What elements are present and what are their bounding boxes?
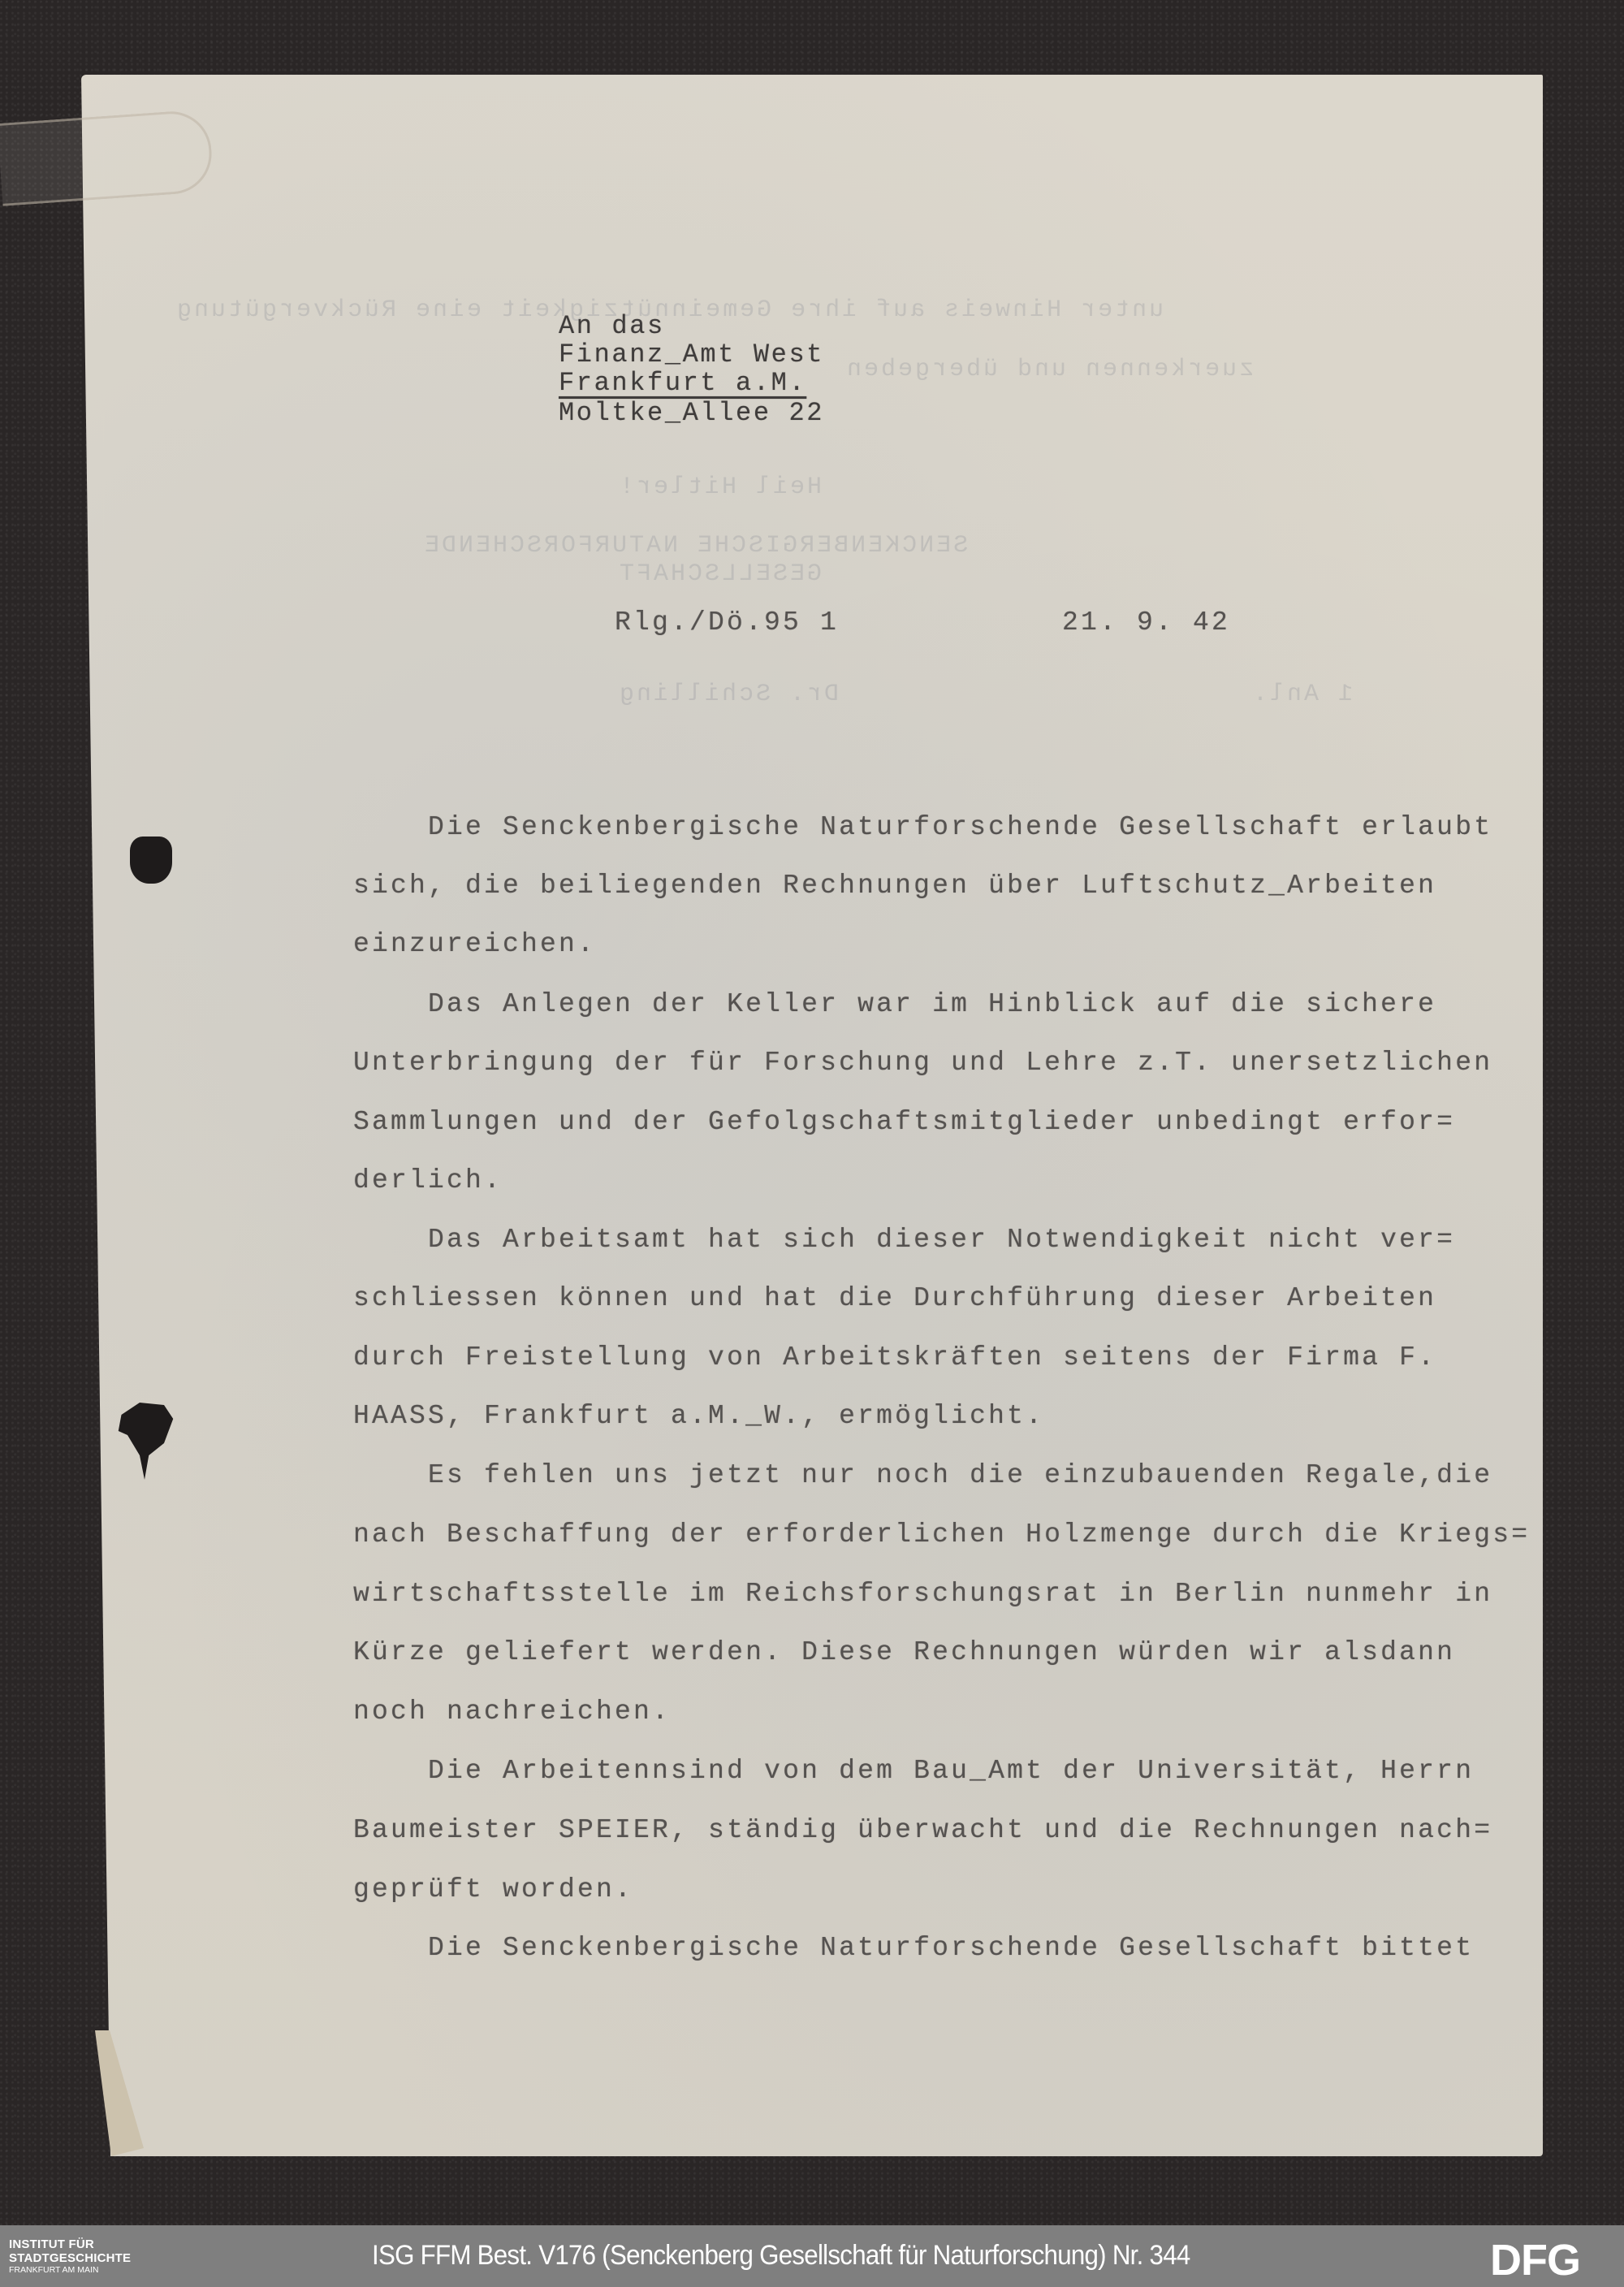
body-line: derlich. (353, 1167, 503, 1194)
show-through-text: unter Hinweis auf ihre Gemeinnützigkeit … (175, 296, 1164, 324)
dfg-logo-icon: DFG (1490, 2238, 1580, 2282)
letter-date: 21. 9. 42 (1062, 609, 1230, 636)
body-line: durch Freistellung von Arbeitskräften se… (353, 1344, 1436, 1371)
body-line: Baumeister SPEIER, ständig überwacht und… (353, 1817, 1492, 1844)
show-through-text: 1 Anl. (1250, 681, 1353, 708)
show-through-text: Dr. Schilling (617, 681, 839, 708)
address-city: Frankfurt a.M. (559, 370, 806, 396)
address-line: Finanz_Amt West (559, 342, 824, 368)
body-line: noch nachreichen. (353, 1698, 671, 1725)
institution-city: FRANKFURT AM MAIN (9, 2266, 131, 2275)
reference-number: Rlg./Dö.95 1 (615, 609, 839, 636)
body-line: nach Beschaffung der erforderlichen Holz… (353, 1521, 1530, 1548)
paper-clip-icon (0, 109, 214, 206)
body-line: Die Senckenbergische Naturforschende Ges… (353, 814, 1492, 841)
show-through-text: Heil Hitler! (617, 473, 822, 501)
address-line: An das (559, 313, 665, 339)
body-line: Kürze geliefert werden. Diese Rechnungen… (353, 1639, 1455, 1666)
show-through-text: zuerkennen und übergeben (844, 356, 1254, 383)
body-line: einzureichen. (353, 931, 596, 958)
archive-caption: ISG FFM Best. V176 (Senckenberg Gesellsc… (372, 2240, 1190, 2272)
body-line: Es fehlen uns jetzt nur noch die einzuba… (353, 1462, 1492, 1489)
show-through-text: SENCKENBERGISCHE NATURFORSCHENDE (422, 532, 968, 560)
body-line: schliessen können und hat die Durchführu… (353, 1285, 1436, 1312)
body-line: Die Senckenbergische Naturforschende Ges… (353, 1935, 1474, 1961)
institution-logo: INSTITUT FÜR STADTGESCHICHTE FRANKFURT A… (9, 2238, 131, 2275)
institution-name: STADTGESCHICHTE (9, 2252, 131, 2264)
body-line: Unterbringung der für Forschung und Lehr… (353, 1049, 1492, 1076)
body-line: Das Anlegen der Keller war im Hinblick a… (353, 991, 1436, 1018)
body-line: Sammlungen und der Gefolgschaftsmitglied… (353, 1109, 1455, 1135)
body-line: wirtschaftsstelle im Reichsforschungsrat… (353, 1580, 1492, 1607)
show-through-text: GESELLSCHAFT (617, 560, 822, 588)
body-line: Das Arbeitsamt hat sich dieser Notwendig… (353, 1226, 1455, 1253)
archive-footer: INSTITUT FÜR STADTGESCHICHTE FRANKFURT A… (0, 2225, 1624, 2287)
body-line: geprüft worden. (353, 1876, 633, 1903)
body-line: Die Arbeitennsind von dem Bau_Amt der Un… (353, 1757, 1474, 1784)
body-line: sich, die beiliegenden Rechnungen über L… (353, 872, 1436, 899)
punch-hole-icon (130, 837, 172, 884)
institution-name: INSTITUT FÜR (9, 2238, 131, 2250)
body-line: HAASS, Frankfurt a.M._W., ermöglicht. (353, 1403, 1044, 1429)
address-street: Moltke_Allee 22 (559, 400, 824, 426)
